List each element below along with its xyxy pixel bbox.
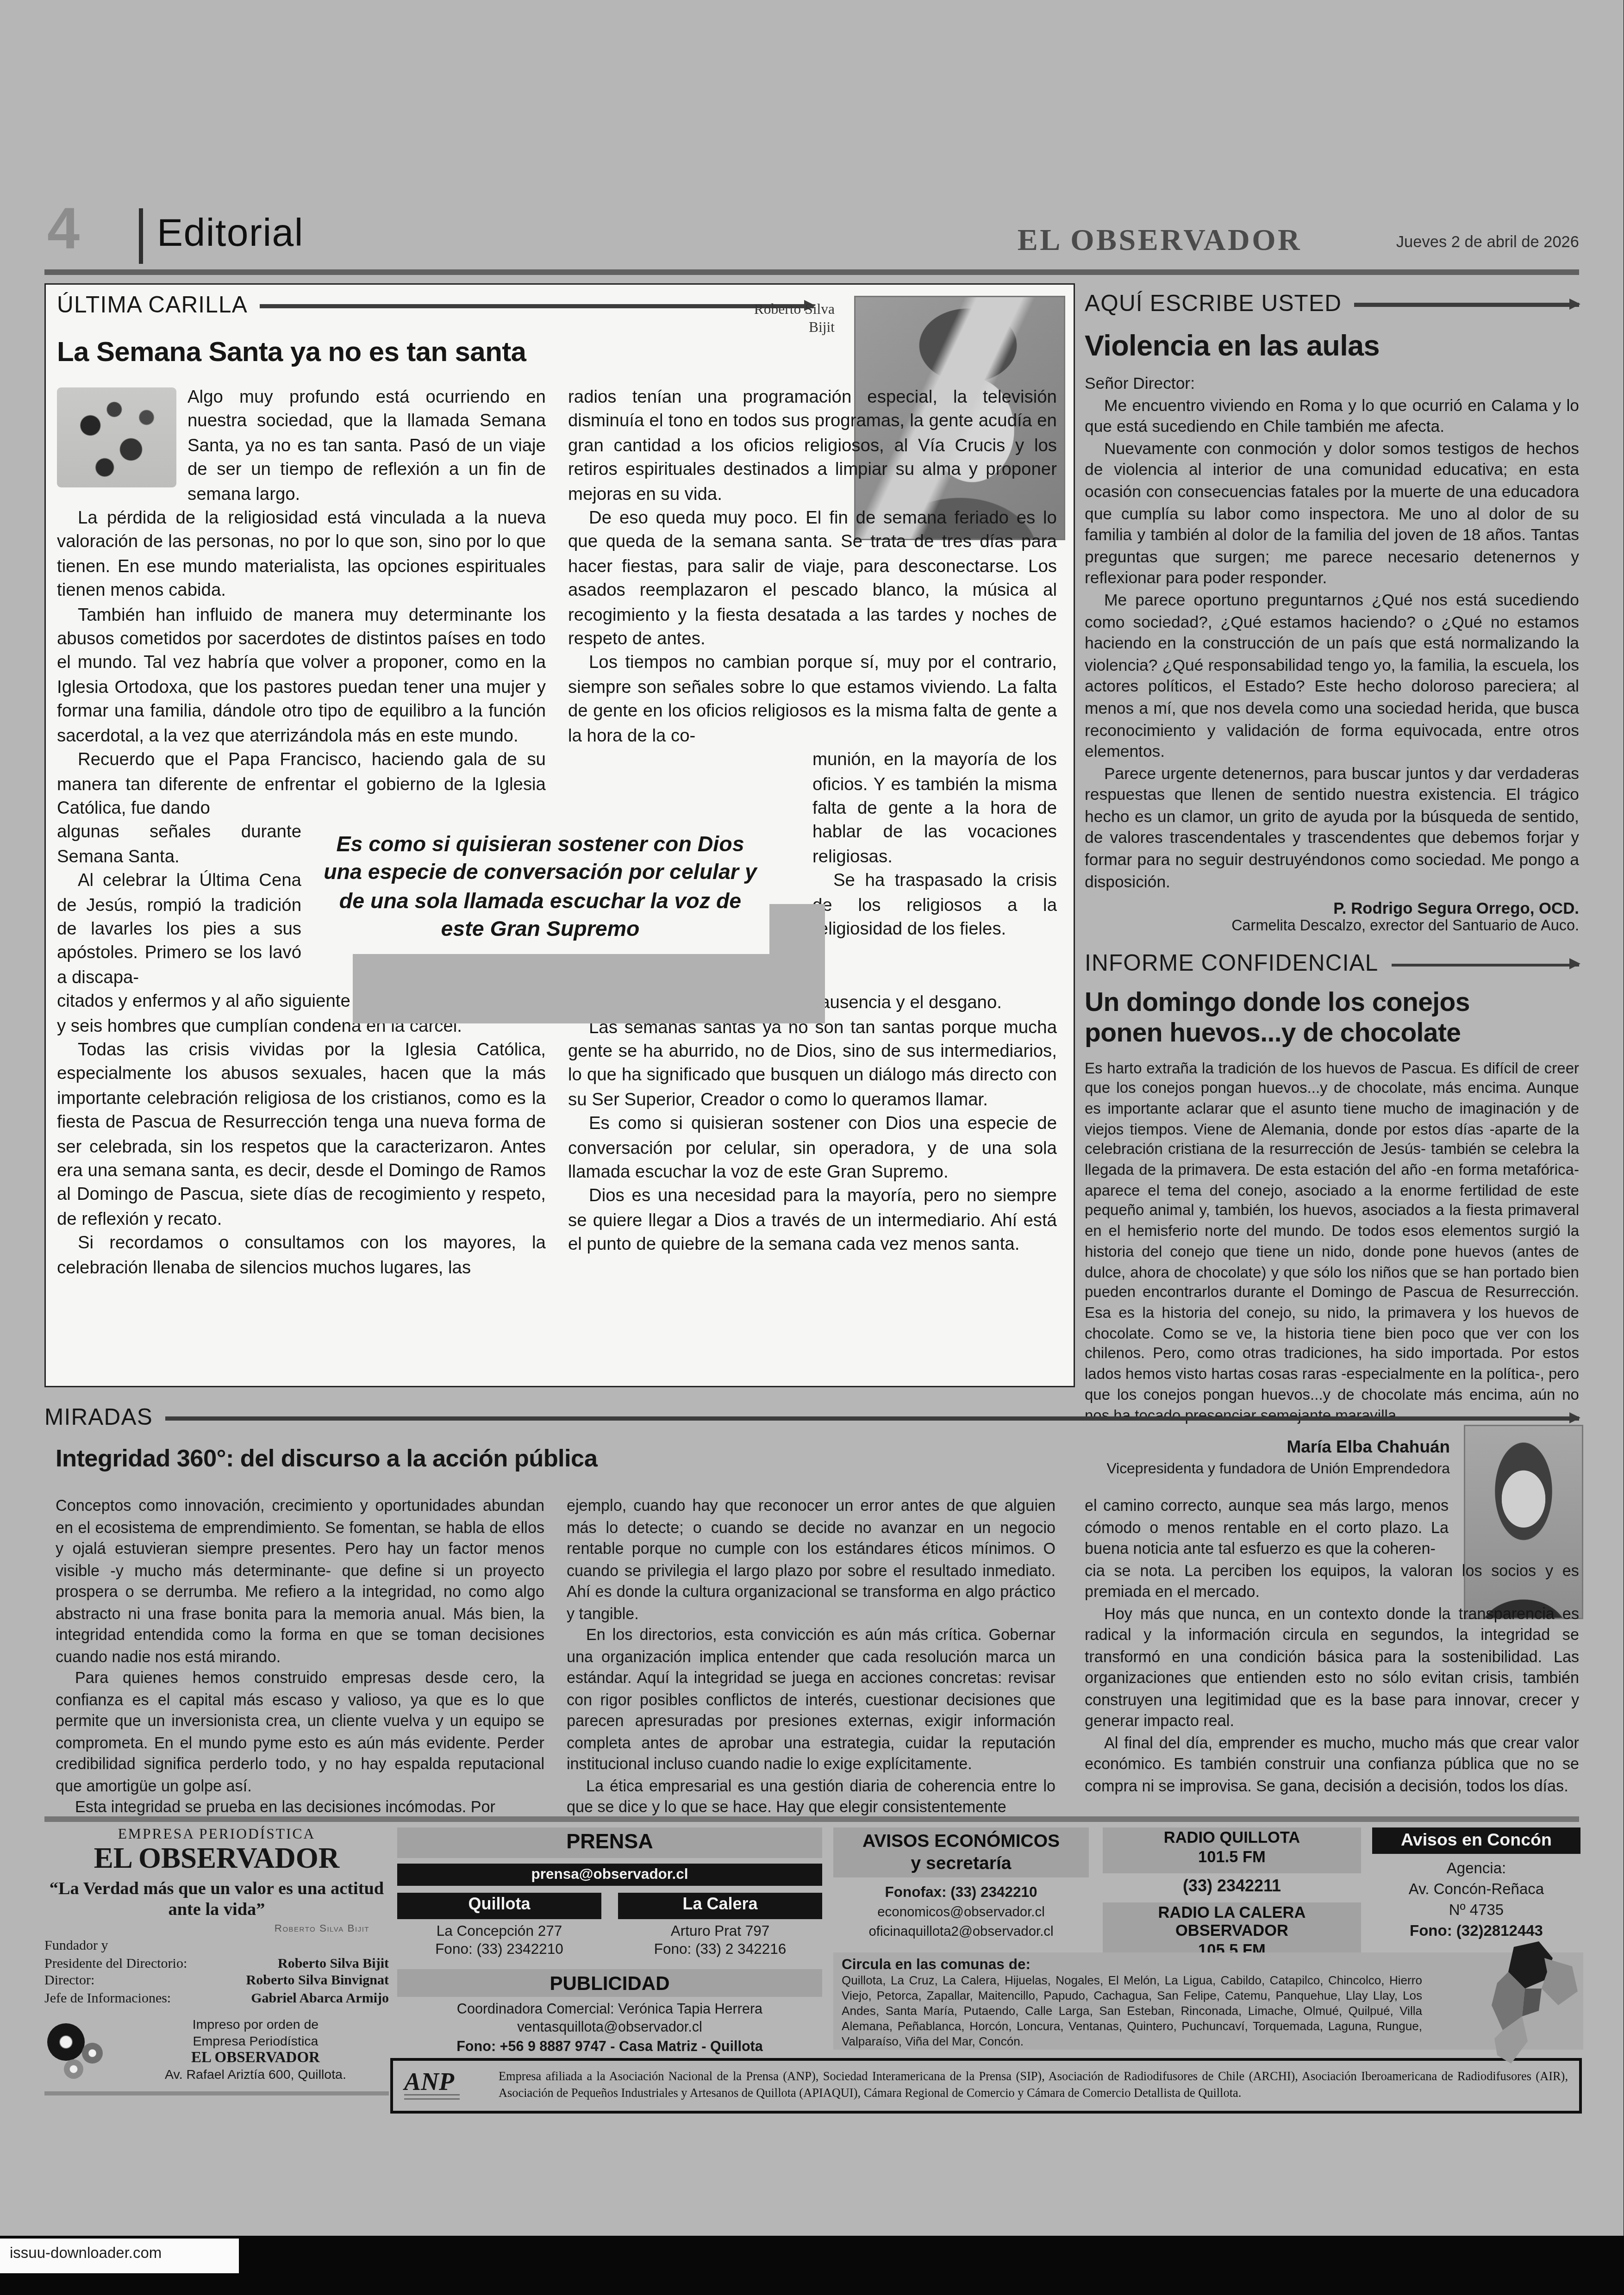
imprint-line: EL OBSERVADOR bbox=[122, 2050, 389, 2068]
issue-date: Jueves 2 de abril de 2026 bbox=[1326, 235, 1579, 251]
avisos-email-1: economicos@observador.cl bbox=[833, 1903, 1089, 1924]
paragraph: Hoy más que nunca, en un contexto donde … bbox=[1085, 1605, 1579, 1734]
avisos-subtitle: y secretaría bbox=[833, 1852, 1089, 1874]
paragraph: Dios es una necesidad para la mayoría, p… bbox=[568, 1184, 1057, 1256]
article-block-c: citados y enfermos y al año siguiente lo… bbox=[57, 989, 546, 1279]
paragraph: el camino correcto, aunque sea más largo… bbox=[1085, 1497, 1449, 1562]
miradas-column-1: Conceptos como innovación, crecimiento y… bbox=[56, 1497, 544, 1820]
paragraph: cia se nota. La perciben los equipos, la… bbox=[1085, 1562, 1579, 1605]
paragraph: Al celebrar la Última Cena de Jesús, rom… bbox=[57, 868, 301, 989]
masthead-block: EMPRESA PERIODÍSTICA EL OBSERVADOR “La V… bbox=[44, 1827, 389, 2095]
publicidad-bar: PUBLICIDAD bbox=[397, 1969, 822, 1997]
watermark: issuu-downloader.com bbox=[0, 2239, 239, 2273]
newspaper-page: 4 Editorial EL OBSERVADOR Jueves 2 de ab… bbox=[0, 0, 1624, 2295]
paragraph: Conceptos como innovación, crecimiento y… bbox=[56, 1497, 544, 1669]
publicidad-email: ventasquillota@observador.cl bbox=[397, 2020, 822, 2039]
masthead-quote-author: Roberto Silva Bijit bbox=[44, 1922, 369, 1935]
roles-row: Presidente del Directorio:Roberto Silva … bbox=[44, 1956, 389, 1974]
letter-body: Señor Director: Me encuentro viviendo en… bbox=[1085, 374, 1579, 893]
paragraph: munión, en la mayoría de los oficios. Y … bbox=[812, 747, 1057, 868]
article-illustration bbox=[57, 387, 176, 487]
concon-block: Avisos en Concón Agencia: Av. Concón-Reñ… bbox=[1372, 1827, 1580, 1943]
role-label: Director: bbox=[44, 1974, 94, 1991]
right-column: AQUÍ ESCRIBE USTED Violencia en las aula… bbox=[1085, 283, 1579, 1427]
header-rule bbox=[44, 269, 1579, 274]
office-phone: Fono: (33) 2 342216 bbox=[618, 1942, 822, 1961]
office-title-bar: La Calera bbox=[618, 1893, 822, 1919]
paragraph: radios tenían una programación especial,… bbox=[568, 385, 1057, 505]
miradas-column-2: ejemplo, cuando hay que reconocer un err… bbox=[567, 1497, 1056, 1820]
article-block-f: Eso es lo que está causando la ausencia … bbox=[568, 990, 1057, 1256]
pull-quote-text: Es como si quisieran sostener con Dios u… bbox=[311, 829, 769, 954]
avisos-title: AVISOS ECONÓMICOS bbox=[833, 1830, 1089, 1852]
footer-divider bbox=[44, 1816, 1579, 1822]
anp-logo-text: ANP bbox=[404, 2069, 485, 2094]
offices-row: Quillota La Concepción 277 Fono: (33) 23… bbox=[397, 1893, 822, 1961]
avisos-lines: Fonofax: (33) 2342210 economicos@observa… bbox=[833, 1883, 1089, 1944]
concon-lines: Agencia: Av. Concón-Reñaca Nº 4735 Fono:… bbox=[1372, 1859, 1580, 1943]
imprint: Impreso por orden de Empresa Periodístic… bbox=[122, 2018, 389, 2084]
kicker-label: MIRADAS bbox=[44, 1405, 153, 1432]
prensa-email-bar: prensa@observador.cl bbox=[397, 1864, 822, 1886]
role-label: Fundador y bbox=[44, 1939, 108, 1957]
paragraph: Los tiempos no cambian porque sí, muy po… bbox=[568, 650, 1057, 747]
letter-paragraph: Nuevamente con conmoción y dolor somos t… bbox=[1085, 438, 1579, 590]
article-block-e: munión, en la mayoría de los oficios. Y … bbox=[812, 747, 1057, 990]
printer-logo-icon bbox=[44, 2021, 114, 2082]
pull-quote: Es como si quisieran sostener con Dios u… bbox=[311, 829, 769, 954]
paragraph: Se ha traspasado la crisis de los religi… bbox=[812, 868, 1057, 941]
empresa-label: EMPRESA PERIODÍSTICA bbox=[44, 1827, 389, 1843]
paragraph: Todas las crisis vividas por la Iglesia … bbox=[57, 1037, 546, 1231]
footer-masthead: EL OBSERVADOR bbox=[44, 1843, 389, 1873]
office-address: La Concepción 277 bbox=[397, 1923, 601, 1942]
article-headline: La Semana Santa ya no es tan santa bbox=[57, 337, 526, 369]
article-block-b: algunas señales durante Semana Santa. Al… bbox=[57, 820, 301, 989]
kicker-arrow-icon bbox=[260, 305, 814, 308]
avisos-email-2: oficinaquillota2@observador.cl bbox=[833, 1924, 1089, 1944]
header-tick bbox=[139, 208, 143, 264]
signature-role: Carmelita Descalzo, exrector del Santuar… bbox=[1085, 918, 1579, 935]
anp-logo: ANP bbox=[404, 2069, 485, 2102]
kicker-informe-confidencial: INFORME CONFIDENCIAL bbox=[1085, 952, 1579, 978]
paragraph: Las semanas santas ya no son tan santas … bbox=[568, 1015, 1057, 1111]
staff-roles: Fundador y Presidente del Directorio:Rob… bbox=[44, 1939, 389, 2008]
roles-row: Fundador y bbox=[44, 1939, 389, 1957]
paragraph: Si recordamos o consultamos con los mayo… bbox=[57, 1231, 546, 1279]
paragraph: También han influido de manera muy deter… bbox=[57, 602, 546, 747]
paragraph: La pérdida de la religiosidad está vincu… bbox=[57, 505, 546, 602]
affiliation-strip: ANP Empresa afiliada a la Asociación Nac… bbox=[390, 2058, 1582, 2114]
miradas-headline: Integridad 360°: del discurso a la acció… bbox=[56, 1444, 597, 1473]
prensa-title-bar: PRENSA bbox=[397, 1827, 822, 1858]
paragraph: ejemplo, cuando hay que reconocer un err… bbox=[567, 1497, 1056, 1626]
kicker-arrow-icon bbox=[1391, 963, 1579, 967]
roles-row: Director:Roberto Silva Binvignat bbox=[44, 1974, 389, 1991]
prensa-block: PRENSA prensa@observador.cl Quillota La … bbox=[397, 1827, 822, 2057]
concon-line: Nº 4735 bbox=[1372, 1901, 1580, 1922]
masthead-block-rule bbox=[44, 2091, 389, 2095]
letter-paragraph: Parece urgente detenernos, para buscar j… bbox=[1085, 763, 1579, 893]
letter-paragraph: Me parece oportuno preguntarnos ¿Qué nos… bbox=[1085, 590, 1579, 763]
letter-paragraph: Señor Director: bbox=[1085, 374, 1579, 395]
office-phone: Fono: (33) 2342210 bbox=[397, 1942, 601, 1961]
avisos-title-bar: AVISOS ECONÓMICOS y secretaría bbox=[833, 1827, 1089, 1878]
radio-phone: (33) 2342211 bbox=[1103, 1876, 1361, 1895]
paragraph: Para quienes hemos construido empresas d… bbox=[56, 1669, 544, 1798]
editorial-panel: ÚLTIMA CARILLA La Semana Santa ya no es … bbox=[44, 283, 1075, 1387]
section-title: Editorial bbox=[157, 211, 304, 256]
article-column-2: radios tenían una programación especial,… bbox=[568, 385, 1057, 1256]
kicker-ultima-carilla: ÚLTIMA CARILLA bbox=[57, 293, 814, 319]
kicker-label: AQUÍ ESCRIBE USTED bbox=[1085, 292, 1342, 318]
masthead: EL OBSERVADOR bbox=[972, 222, 1347, 258]
roles-row: Jefe de Informaciones:Gabriel Abarca Arm… bbox=[44, 1991, 389, 2008]
affiliation-text: Empresa afiliada a la Asociación Naciona… bbox=[499, 2070, 1568, 2102]
imprint-row: Impreso por orden de Empresa Periodístic… bbox=[44, 2018, 389, 2084]
kicker-arrow-icon bbox=[1354, 303, 1579, 307]
letter-paragraph: Me encuentro viviendo en Roma y lo que o… bbox=[1085, 395, 1579, 439]
paragraph: Es como si quisieran sostener con Dios u… bbox=[568, 1111, 1057, 1184]
publicidad-phone: Fono: +56 9 8887 9747 - Casa Matriz - Qu… bbox=[397, 2039, 822, 2058]
radio-name: RADIO QUILLOTA bbox=[1106, 1830, 1358, 1849]
kicker-label: INFORME CONFIDENCIAL bbox=[1085, 952, 1379, 978]
paragraph: Algo muy profundo está ocurriendo en nue… bbox=[57, 385, 546, 505]
signature-name: P. Rodrigo Segura Orrego, OCD. bbox=[1085, 900, 1579, 918]
kicker-miradas: MIRADAS bbox=[44, 1405, 1579, 1432]
article-byline: Roberto Silva Bijit bbox=[740, 301, 835, 338]
miradas-author: María Elba Chahuán bbox=[833, 1437, 1450, 1457]
kicker-aqui-escribe-usted: AQUÍ ESCRIBE USTED bbox=[1085, 292, 1579, 318]
kicker-label: ÚLTIMA CARILLA bbox=[57, 293, 248, 319]
concon-title-bar: Avisos en Concón bbox=[1372, 1827, 1580, 1854]
paragraph: De eso queda muy poco. El fin de semana … bbox=[568, 505, 1057, 650]
paragraph: Al final del día, emprender es mucho, mu… bbox=[1085, 1734, 1579, 1799]
page-number: 4 bbox=[47, 200, 80, 258]
office-la-calera: La Calera Arturo Prat 797 Fono: (33) 2 3… bbox=[618, 1893, 822, 1961]
coverage-map bbox=[1461, 1939, 1586, 2066]
paragraph: algunas señales durante Semana Santa. bbox=[57, 820, 301, 868]
role-value: Roberto Silva Bijit bbox=[278, 1956, 389, 1974]
imprint-line: Empresa Periodística bbox=[122, 2034, 389, 2050]
informe-headline: Un domingo donde los conejos ponen huevo… bbox=[1085, 989, 1515, 1049]
paragraph: En los directorios, esta convicción es a… bbox=[567, 1626, 1056, 1777]
publicidad-coordinator: Coordinadora Comercial: Verónica Tapia H… bbox=[397, 2001, 822, 2020]
article-block-d: radios tenían una programación especial,… bbox=[568, 385, 1057, 747]
kicker-arrow-icon bbox=[165, 1417, 1579, 1421]
office-address: Arturo Prat 797 bbox=[618, 1923, 822, 1942]
avisos-block: AVISOS ECONÓMICOS y secretaría Fonofax: … bbox=[833, 1827, 1089, 1944]
office-quillota: Quillota La Concepción 277 Fono: (33) 23… bbox=[397, 1893, 601, 1961]
imprint-line: Av. Rafael Ariztía 600, Quillota. bbox=[122, 2068, 389, 2084]
paragraph: Recuerdo que el Papa Francisco, haciendo… bbox=[57, 747, 546, 820]
concon-line: Agencia: bbox=[1372, 1859, 1580, 1880]
miradas-column-3-narrow: el camino correcto, aunque sea más largo… bbox=[1085, 1497, 1449, 1562]
radio-quillota-bar: RADIO QUILLOTA 101.5 FM bbox=[1103, 1827, 1361, 1873]
avisos-fonofax: Fonofax: (33) 2342210 bbox=[833, 1883, 1089, 1904]
concon-line: Av. Concón-Reñaca bbox=[1372, 1880, 1580, 1901]
miradas-author-role: Vicepresidenta y fundadora de Unión Empr… bbox=[833, 1461, 1450, 1478]
circula-text: Quillota, La Cruz, La Calera, Hijuelas, … bbox=[842, 1973, 1422, 2050]
role-value: Gabriel Abarca Armijo bbox=[251, 1991, 389, 2008]
role-label: Jefe de Informaciones: bbox=[44, 1991, 171, 2008]
bottom-band bbox=[0, 2236, 1624, 2295]
publicidad-lines: Coordinadora Comercial: Verónica Tapia H… bbox=[397, 2001, 822, 2058]
role-value: Roberto Silva Binvignat bbox=[246, 1974, 389, 1991]
radio-name: RADIO LA CALERA OBSERVADOR bbox=[1106, 1905, 1358, 1943]
imprint-line: Impreso por orden de bbox=[122, 2018, 389, 2034]
article-block-a: Algo muy profundo está ocurriendo en nue… bbox=[57, 385, 546, 820]
informe-body: Es harto extraña la tradición de los hue… bbox=[1085, 1059, 1579, 1427]
miradas-column-3: el camino correcto, aunque sea más largo… bbox=[1085, 1497, 1579, 1798]
paragraph: La ética empresarial es una gestión diar… bbox=[567, 1777, 1056, 1820]
role-label: Presidente del Directorio: bbox=[44, 1956, 187, 1974]
radio-frequency: 101.5 FM bbox=[1106, 1849, 1358, 1868]
letter-headline: Violencia en las aulas bbox=[1085, 331, 1579, 364]
office-title-bar: Quillota bbox=[397, 1893, 601, 1919]
masthead-quote: “La Verdad más que un valor es una actit… bbox=[44, 1879, 389, 1921]
